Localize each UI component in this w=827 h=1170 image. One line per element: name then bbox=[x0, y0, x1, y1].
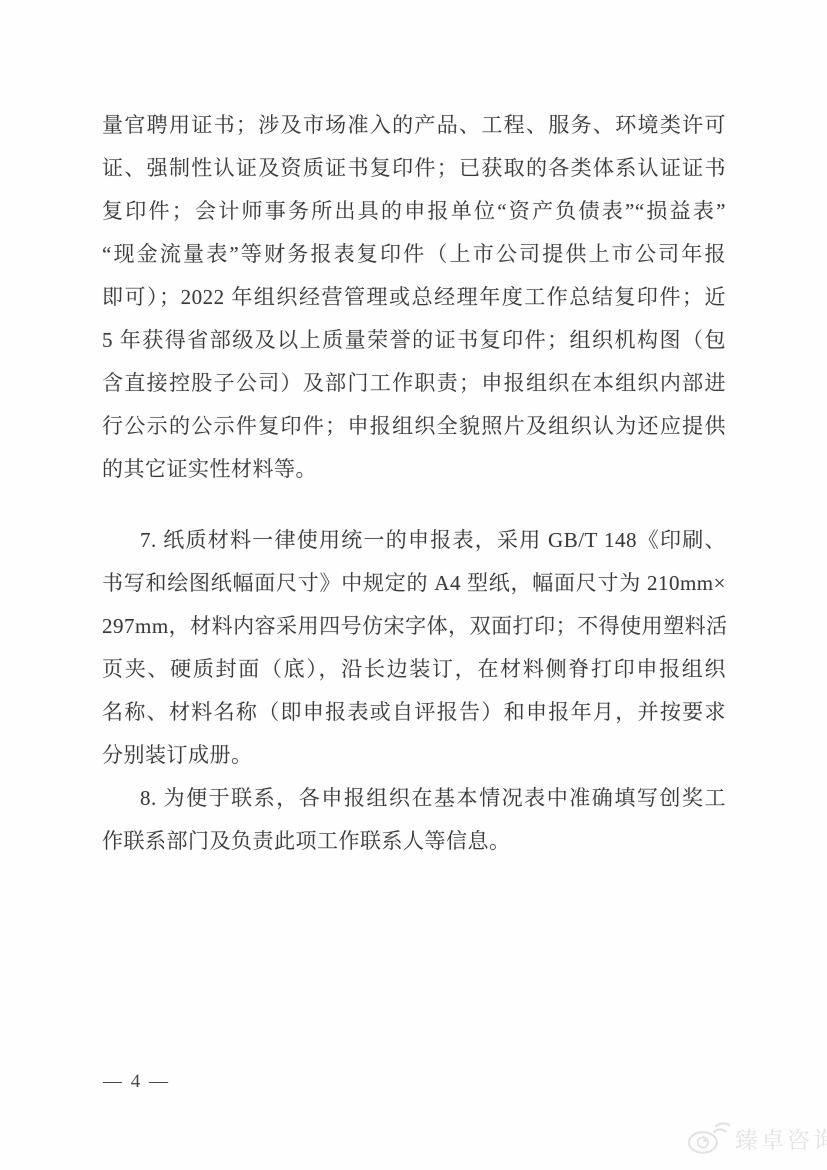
item-8: 8. 为便于联系，各申报组织在基本情况表中准确填写创奖工作联系部门及负责此项工作… bbox=[102, 777, 726, 863]
text-line: 的其它证实性材料等。 bbox=[102, 448, 726, 491]
text-line: 作联系部门及负责此项工作联系人等信息。 bbox=[102, 820, 726, 863]
text-line: 297mm，材料内容采用四号仿宋字体，双面打印；不得使用塑料活 bbox=[102, 605, 726, 648]
text-line: 页夹、硬质封面（底），沿长边装订，在材料侧脊打印申报组织 bbox=[102, 648, 726, 691]
watermark-text: 臻卓咨询 bbox=[735, 1122, 827, 1155]
text-line: 5 年获得省部级及以上质量荣誉的证书复印件；组织机构图（包 bbox=[102, 319, 726, 362]
text-line: 分别装订成册。 bbox=[102, 734, 726, 777]
text-line: 名称、材料名称（即申报表或自评报告）和申报年月，并按要求 bbox=[102, 691, 726, 734]
page-number: — 4 — bbox=[103, 1071, 170, 1092]
item-7: 7. 纸质材料一律使用统一的申报表，采用 GB/T 148《印刷、书写和绘图纸幅… bbox=[102, 519, 726, 777]
text-line: 8. 为便于联系，各申报组织在基本情况表中准确填写创奖工 bbox=[102, 777, 726, 820]
text-line: 7. 纸质材料一律使用统一的申报表，采用 GB/T 148《印刷、 bbox=[102, 519, 726, 562]
text-line: 量官聘用证书；涉及市场准入的产品、工程、服务、环境类许可 bbox=[102, 104, 726, 147]
page-footer: — 4 — bbox=[103, 1070, 170, 1094]
weibo-icon bbox=[686, 1120, 730, 1156]
text-line: 即可）；2022 年组织经营管理或总经理年度工作总结复印件；近 bbox=[102, 276, 726, 319]
document-page: 量官聘用证书；涉及市场准入的产品、工程、服务、环境类许可证、强制性认证及资质证书… bbox=[0, 0, 827, 1170]
document-body: 量官聘用证书；涉及市场准入的产品、工程、服务、环境类许可证、强制性认证及资质证书… bbox=[102, 104, 726, 863]
text-line: 复印件；会计师事务所出具的申报单位“资产负债表”“损益表” bbox=[102, 190, 726, 233]
text-line: “现金流量表”等财务报表复印件（上市公司提供上市公司年报 bbox=[102, 233, 726, 276]
item-6-continuation: 量官聘用证书；涉及市场准入的产品、工程、服务、环境类许可证、强制性认证及资质证书… bbox=[102, 104, 726, 491]
text-line: 证、强制性认证及资质证书复印件；已获取的各类体系认证证书 bbox=[102, 147, 726, 190]
watermark: 臻卓咨询 bbox=[686, 1120, 827, 1156]
text-line: 书写和绘图纸幅面尺寸》中规定的 A4 型纸，幅面尺寸为 210mm× bbox=[102, 562, 726, 605]
text-line: 含直接控股子公司）及部门工作职责；申报组织在本组织内部进 bbox=[102, 362, 726, 405]
text-line: 行公示的公示件复印件；申报组织全貌照片及组织认为还应提供 bbox=[102, 405, 726, 448]
